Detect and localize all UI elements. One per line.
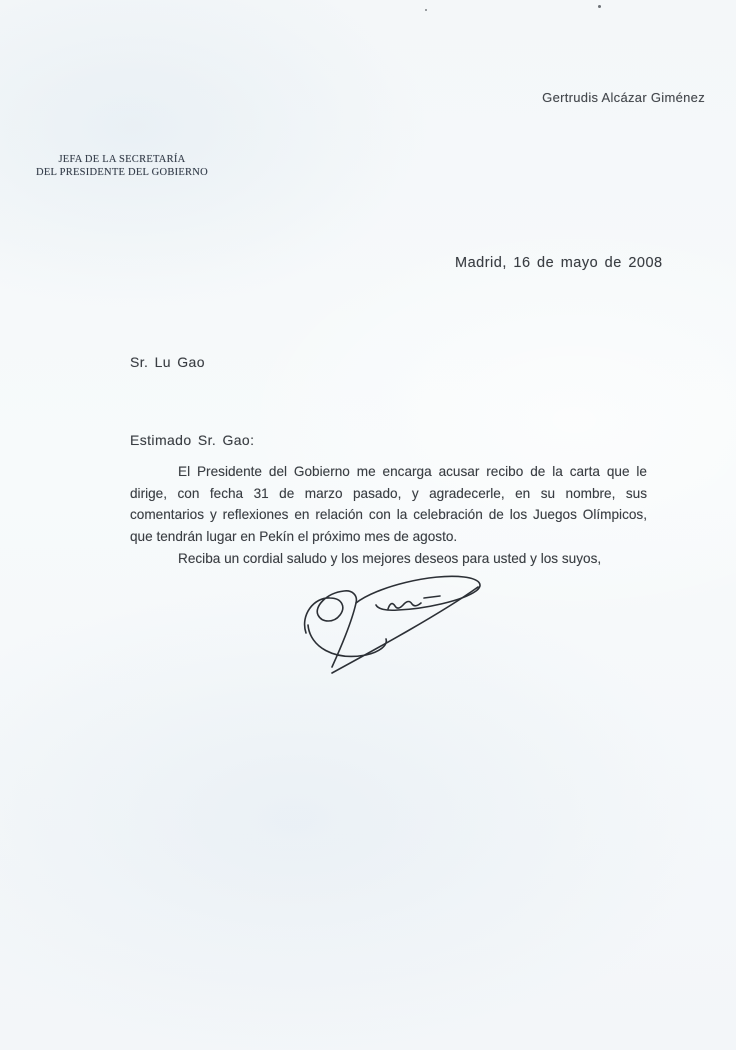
scan-speck [425,9,427,11]
letterhead: JEFA DE LA SECRETARÍA DEL PRESIDENTE DEL… [36,153,208,179]
signature-icon [292,571,490,689]
handwritten-signature-scribble [292,571,490,689]
body-line: que tendrán lugar en Pekín el próximo me… [130,526,647,548]
body-line: El Presidente del Gobierno me encarga ac… [130,461,647,483]
salutation: Estimado Sr. Gao: [130,432,254,448]
body-line: dirige, con fecha 31 de marzo pasado, y … [130,483,647,505]
body-line: comentarios y reflexiones en relación co… [130,504,647,526]
dateline: Madrid, 16 de mayo de 2008 [455,255,663,271]
letterhead-line-1: JEFA DE LA SECRETARÍA [36,153,208,166]
scan-speck [598,5,601,8]
sender-name: Gertrudis Alcázar Giménez [542,90,705,105]
body-paragraph: El Presidente del Gobierno me encarga ac… [130,461,647,547]
recipient-name: Sr. Lu Gao [130,354,205,370]
letterhead-line-2: DEL PRESIDENTE DEL GOBIERNO [36,166,208,179]
closing-line: Reciba un cordial saludo y los mejores d… [130,551,647,566]
scanned-letter-page: Gertrudis Alcázar Giménez JEFA DE LA SEC… [0,0,736,1050]
